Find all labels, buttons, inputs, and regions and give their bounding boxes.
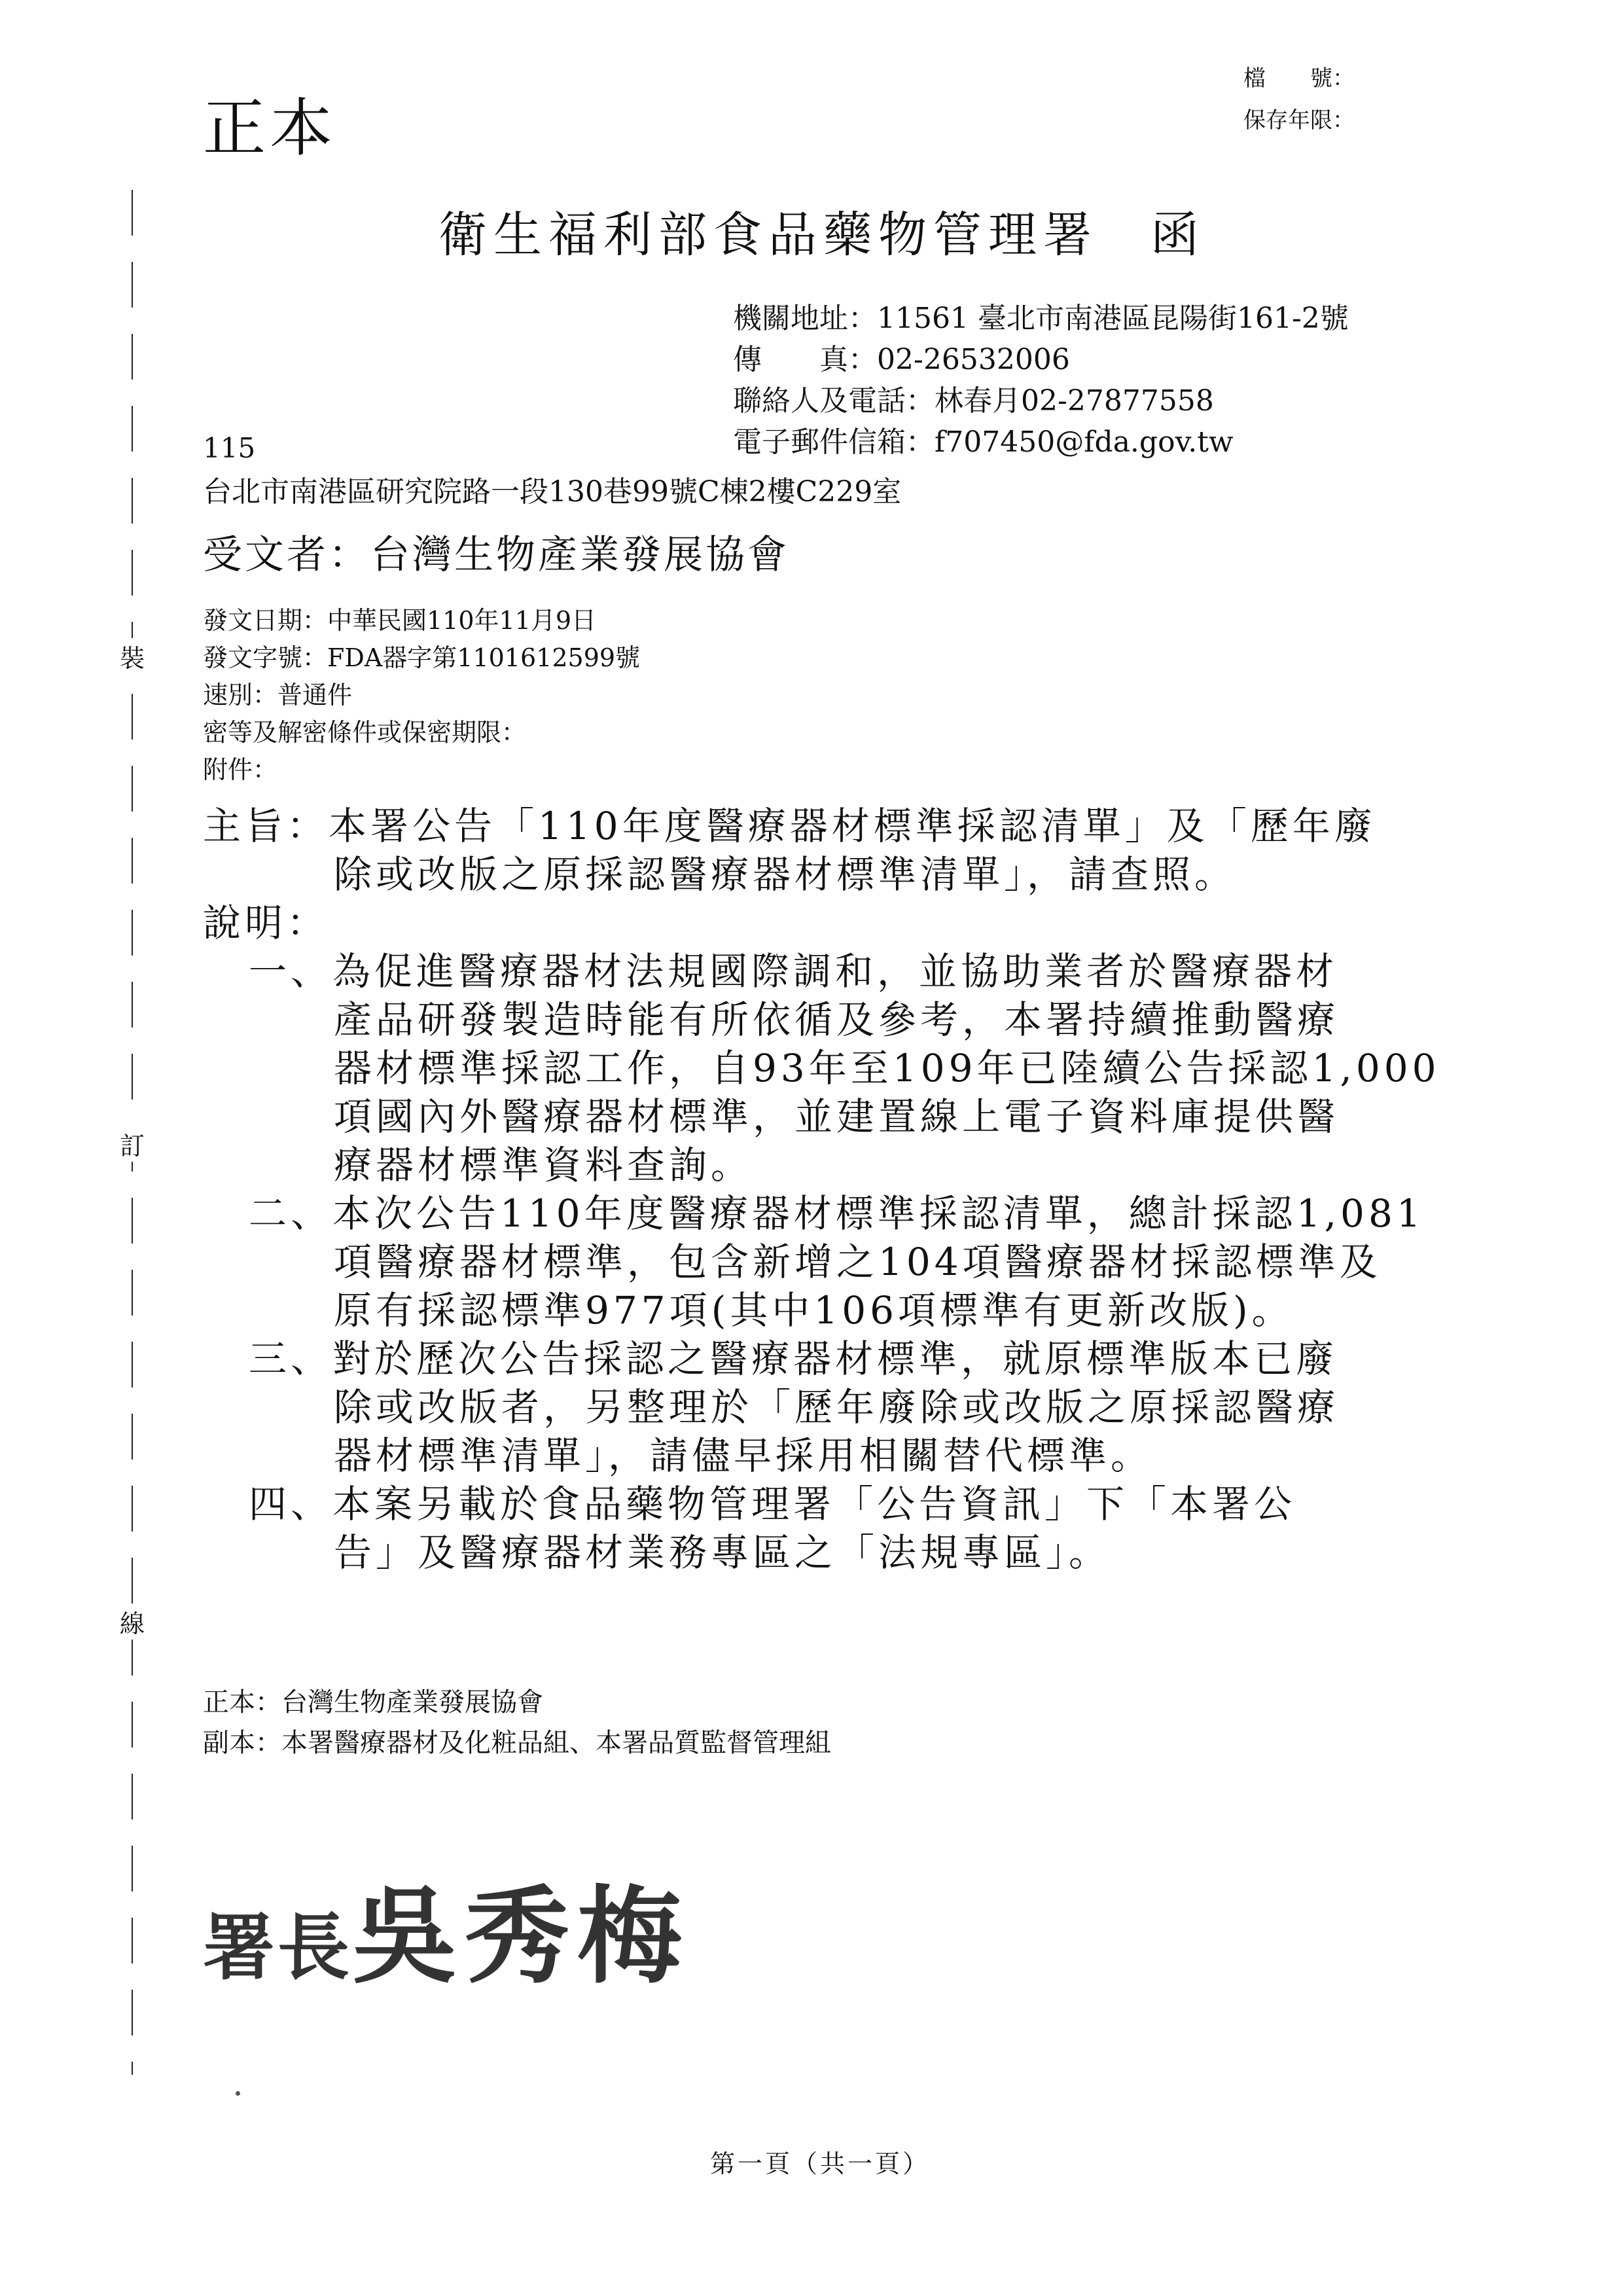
subject-line-1: 主旨：本署公告「110年度醫療器材標準採認清單」及「歷年廢 bbox=[203, 802, 1440, 850]
binding-mark-zhuang: 裝 bbox=[118, 638, 147, 674]
explanation-item-1-cont: 產品研發製造時能有所依循及參考，本署持續推動醫療 bbox=[203, 996, 1440, 1044]
explanation-item-1: 一、為促進醫療器材法規國際調和，並協助業者於醫療器材 bbox=[203, 947, 1440, 996]
binding-mark-ding: 訂 bbox=[118, 1126, 147, 1162]
issue-date: 發文日期：中華民國110年11月9日 bbox=[203, 602, 640, 639]
explanation-item-2-cont: 原有採認標準977項(其中106項標準有更新改版)。 bbox=[203, 1286, 1440, 1335]
file-info: 檔 號： 保存年限： bbox=[1243, 58, 1355, 141]
recipient: 受文者：台灣生物產業發展協會 bbox=[203, 524, 789, 580]
binding-mark-xian: 線 bbox=[118, 1604, 147, 1640]
document-title: 衛生福利部食品藥物管理署函 bbox=[438, 196, 1205, 266]
explanation-item-3-cont: 除或改版者，另整理於「歷年廢除或改版之原採認醫療 bbox=[203, 1383, 1440, 1431]
document-number: 發文字號：FDA器字第1101612599號 bbox=[203, 639, 640, 677]
explanation-item-4-cont: 告」及醫療器材業務專區之「法規專區」。 bbox=[203, 1528, 1440, 1577]
subject-line-2: 除或改版之原採認醫療器材標準清單」，請查照。 bbox=[203, 850, 1440, 899]
explanation-item-1-cont: 項國內外醫療器材標準，並建置線上電子資料庫提供醫 bbox=[203, 1092, 1440, 1141]
scan-speck bbox=[236, 2091, 240, 2096]
signature-name: 吳秀梅 bbox=[352, 1874, 690, 1998]
explanation-item-2-cont: 項醫療器材標準，包含新增之104項醫療器材採認標準及 bbox=[203, 1238, 1440, 1286]
distribution-list: 正本：台灣生物產業發展協會 副本：本署醫療器材及化粧品組、本署品質監督管理組 bbox=[203, 1682, 831, 1763]
explanation-item-1-cont: 療器材標準資料查詢。 bbox=[203, 1141, 1440, 1189]
explanation-item-4: 四、本案另載於食品藥物管理署「公告資訊」下「本署公 bbox=[203, 1480, 1440, 1528]
contact-person-phone: 聯絡人及電話：林春月02-27877558 bbox=[733, 380, 1349, 422]
explanation-item-2: 二、本次公告110年度醫療器材標準採認清單，總計採認1,081 bbox=[203, 1189, 1440, 1238]
secrecy-level: 密等及解密條件或保密期限： bbox=[203, 714, 640, 751]
signature-title: 署長 bbox=[203, 1905, 352, 1990]
agency-email: 電子郵件信箱：f707450@fda.gov.tw bbox=[733, 422, 1349, 463]
explanation-item-3: 三、對於歷次公告採認之醫療器材標準，就原標準版本已廢 bbox=[203, 1335, 1440, 1383]
document-body: 主旨：本署公告「110年度醫療器材標準採認清單」及「歷年廢 除或改版之原採認醫療… bbox=[203, 802, 1440, 1577]
attachments: 附件： bbox=[203, 751, 640, 789]
agency-name: 衛生福利部食品藥物管理署 bbox=[438, 207, 1098, 263]
document-meta: 發文日期：中華民國110年11月9日 發文字號：FDA器字第1101612599… bbox=[203, 602, 640, 789]
copy-recipients: 副本：本署醫療器材及化粧品組、本署品質監督管理組 bbox=[203, 1723, 831, 1763]
delivery-speed: 速別：普通件 bbox=[203, 677, 640, 714]
explanation-item-1-cont: 器材標準採認工作，自93年至109年已陸續公告採認1,000 bbox=[203, 1044, 1440, 1092]
agency-fax: 傳 真：02-26532006 bbox=[733, 339, 1349, 380]
recipient-zip: 115 bbox=[203, 432, 255, 464]
agency-contact: 機關地址：11561 臺北市南港區昆陽街161-2號 傳 真：02-265320… bbox=[733, 298, 1349, 463]
file-number-label: 檔 號： bbox=[1243, 58, 1355, 99]
original-stamp: 正本 bbox=[203, 79, 336, 168]
page-number: 第一頁（共一頁） bbox=[710, 2144, 930, 2179]
explanation-heading: 說明： bbox=[203, 899, 1440, 947]
explanation-item-3-cont: 器材標準清單」，請儘早採用相關替代標準。 bbox=[203, 1431, 1440, 1480]
agency-address: 機關地址：11561 臺北市南港區昆陽街161-2號 bbox=[733, 298, 1349, 339]
signature: 署長吳秀梅 bbox=[203, 1852, 690, 2003]
original-recipient: 正本：台灣生物產業發展協會 bbox=[203, 1682, 831, 1723]
document-type: 函 bbox=[1150, 207, 1205, 263]
retention-period-label: 保存年限： bbox=[1243, 99, 1355, 141]
recipient-address: 台北市南港區研究院路一段130巷99號C棟2樓C229室 bbox=[203, 468, 901, 510]
